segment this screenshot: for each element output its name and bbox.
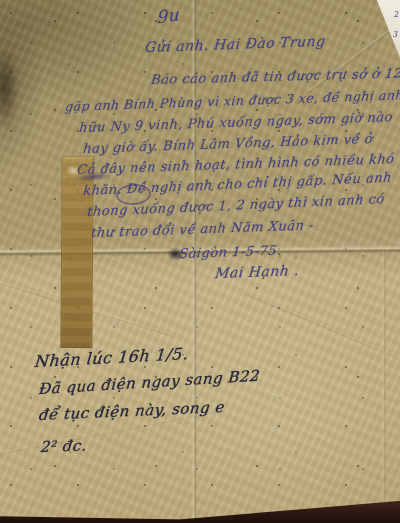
paper-bottom-edge	[0, 499, 400, 523]
letter-line: thư trao đổi về anh Năm Xuân -	[90, 218, 314, 241]
annotation-line: 2² đc.	[40, 436, 88, 456]
diagonal-crease-lower-right	[243, 291, 400, 382]
annotation-line: Đã qua điện ngay sang B22	[38, 366, 261, 398]
letter-line: gặp anh Bính Phùng vì xin được 3 xe, đề …	[64, 86, 400, 114]
letter-photo: 2 3 9u Gửi anh. Hai Đào Trung Báo cáo an…	[0, 0, 400, 523]
header-mark: 9u	[157, 5, 180, 28]
underlying-page-corner	[373, 0, 400, 58]
letter-line: Báo cáo anh đã tin được trụ sở ở 126	[150, 66, 400, 88]
annotation-line: Nhận lúc 16h 1/5.	[34, 344, 190, 371]
underlying-page-text-fragment: 3	[393, 31, 398, 39]
underlying-page-text-fragment: 2	[394, 11, 399, 19]
salutation-line: Gửi anh. Hai Đào Trung	[144, 34, 326, 56]
annotation-line: để tục điện này, song e	[38, 398, 226, 424]
vertical-crease-right	[381, 250, 386, 523]
dateline: Sàigòn 1-5-75.	[178, 243, 282, 262]
signature: Mai Hạnh .	[214, 263, 300, 282]
edge-stain	[0, 46, 19, 130]
